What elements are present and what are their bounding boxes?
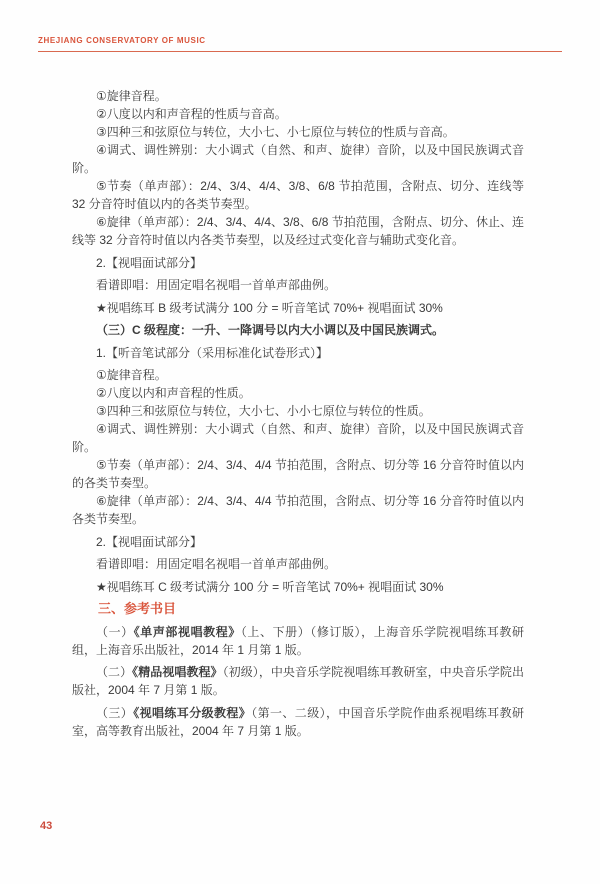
numbered-item: ⑤节奏（单声部）：2/4、3/4、4/4、3/8、6/8 节拍范围，含附点、切分… [72, 177, 524, 213]
text-segment: ①旋律音程。 [96, 368, 167, 382]
header-rule [38, 51, 562, 52]
numbered-item: ④调式、调性辨别：大小调式（自然、和声、旋律）音阶，以及中国民族调式音阶。 [72, 141, 524, 177]
numbered-item: ③四种三和弦原位与转位，大小七、小七原位与转位的性质与音高。 [72, 123, 524, 141]
text-segment: ⑥旋律（单声部）：2/4、3/4、4/4、3/8、6/8 节拍范围，含附点、切分… [72, 215, 524, 247]
subsection-heading: 2.【视唱面试部分】 [72, 533, 524, 551]
numbered-item: ⑥旋律（单声部）：2/4、3/4、4/4 节拍范围，含附点、切分等 16 分音符… [72, 492, 524, 528]
numbered-item: ①旋律音程。 [72, 366, 524, 384]
page-number: 43 [40, 820, 52, 832]
score-note-line: ★视唱练耳 C 级考试满分 100 分 = 听音笔试 70%+ 视唱面试 30% [72, 578, 524, 596]
numbered-item: ④调式、调性辨别：大小调式（自然、和声、旋律）音阶，以及中国民族调式音阶。 [72, 420, 524, 456]
subsection-heading: 1.【听音笔试部分（采用标准化试卷形式）】 [72, 344, 524, 362]
text-segment: ⑥旋律（单声部）：2/4、3/4、4/4 节拍范围，含附点、切分等 16 分音符… [72, 494, 524, 526]
text-segment: ⑤节奏（单声部）：2/4、3/4、4/4、3/8、6/8 节拍范围，含附点、切分… [72, 179, 524, 211]
text-segment: ②八度以内和声音程的性质与音高。 [96, 107, 287, 121]
text-segment: （二） [96, 665, 132, 679]
numbered-item: ②八度以内和声音程的性质与音高。 [72, 105, 524, 123]
score-note-line: ★视唱练耳 B 级考试满分 100 分 = 听音笔试 70%+ 视唱面试 30% [72, 299, 524, 317]
text-segment: 看谱即唱：用固定唱名视唱一首单声部曲例。 [96, 278, 336, 292]
section-heading: （三）C 级程度：一升、一降调号以内大小调以及中国民族调式。 [72, 321, 524, 339]
body-line: 看谱即唱：用固定唱名视唱一首单声部曲例。 [72, 555, 524, 573]
text-segment: ③四种三和弦原位与转位，大小七、小小七原位与转位的性质。 [96, 404, 431, 418]
numbered-item: ①旋律音程。 [72, 87, 524, 105]
text-segment: ④调式、调性辨别：大小调式（自然、和声、旋律）音阶，以及中国民族调式音阶。 [72, 422, 524, 454]
page-header: ZHEJIANG CONSERVATORY OF MUSIC [38, 36, 562, 52]
text-segment: 1.【听音笔试部分（采用标准化试卷形式）】 [96, 346, 328, 360]
book-title-text: 《单声部视唱教程》 [134, 625, 241, 639]
text-segment: （三） [96, 706, 133, 720]
document-page: ZHEJIANG CONSERVATORY OF MUSIC ①旋律音程。②八度… [0, 0, 600, 884]
book-title-text: 《精品视唱教程》 [132, 665, 222, 679]
text-segment: ②八度以内和声音程的性质。 [96, 386, 251, 400]
chapter-heading-references: 三、参考书目 [72, 600, 524, 618]
text-segment: ⑤节奏（单声部）：2/4、3/4、4/4 节拍范围，含附点、切分等 16 分音符… [72, 458, 524, 490]
numbered-item: ③四种三和弦原位与转位，大小七、小小七原位与转位的性质。 [72, 402, 524, 420]
numbered-item: ⑤节奏（单声部）：2/4、3/4、4/4 节拍范围，含附点、切分等 16 分音符… [72, 456, 524, 492]
subsection-heading: 2.【视唱面试部分】 [72, 254, 524, 272]
text-segment: 2.【视唱面试部分】 [96, 256, 202, 270]
text-segment: 看谱即唱：用固定唱名视唱一首单声部曲例。 [96, 557, 336, 571]
document-body: ①旋律音程。②八度以内和声音程的性质与音高。③四种三和弦原位与转位，大小七、小七… [72, 87, 524, 740]
text-segment: 2.【视唱面试部分】 [96, 535, 202, 549]
numbered-item: ⑥旋律（单声部）：2/4、3/4、4/4、3/8、6/8 节拍范围，含附点、切分… [72, 213, 524, 249]
brand-wordmark: ZHEJIANG CONSERVATORY OF MUSIC [38, 36, 562, 46]
text-segment: （一） [96, 625, 134, 639]
reference-item: （二）《精品视唱教程》（初级），中央音乐学院视唱练耳教研室，中央音乐学院出版社，… [72, 663, 524, 699]
text-segment: ③四种三和弦原位与转位，大小七、小七原位与转位的性质与音高。 [96, 125, 455, 139]
text-segment: ④调式、调性辨别：大小调式（自然、和声、旋律）音阶，以及中国民族调式音阶。 [72, 143, 524, 175]
text-segment: ★视唱练耳 B 级考试满分 100 分 = 听音笔试 70%+ 视唱面试 30% [96, 301, 443, 315]
text-segment: （三）C 级程度：一升、一降调号以内大小调以及中国民族调式。 [96, 323, 444, 337]
reference-item: （三）《视唱练耳分级教程》（第一、二级），中国音乐学院作曲系视唱练耳教研室，高等… [72, 704, 524, 740]
text-segment: ①旋律音程。 [96, 89, 167, 103]
reference-item: （一）《单声部视唱教程》（上、下册）（修订版），上海音乐学院视唱练耳教研组，上海… [72, 623, 524, 659]
text-segment: 三、参考书目 [98, 601, 176, 616]
book-title-text: 《视唱练耳分级教程》 [133, 706, 251, 720]
numbered-item: ②八度以内和声音程的性质。 [72, 384, 524, 402]
body-line: 看谱即唱：用固定唱名视唱一首单声部曲例。 [72, 276, 524, 294]
text-segment: ★视唱练耳 C 级考试满分 100 分 = 听音笔试 70%+ 视唱面试 30% [96, 580, 444, 594]
